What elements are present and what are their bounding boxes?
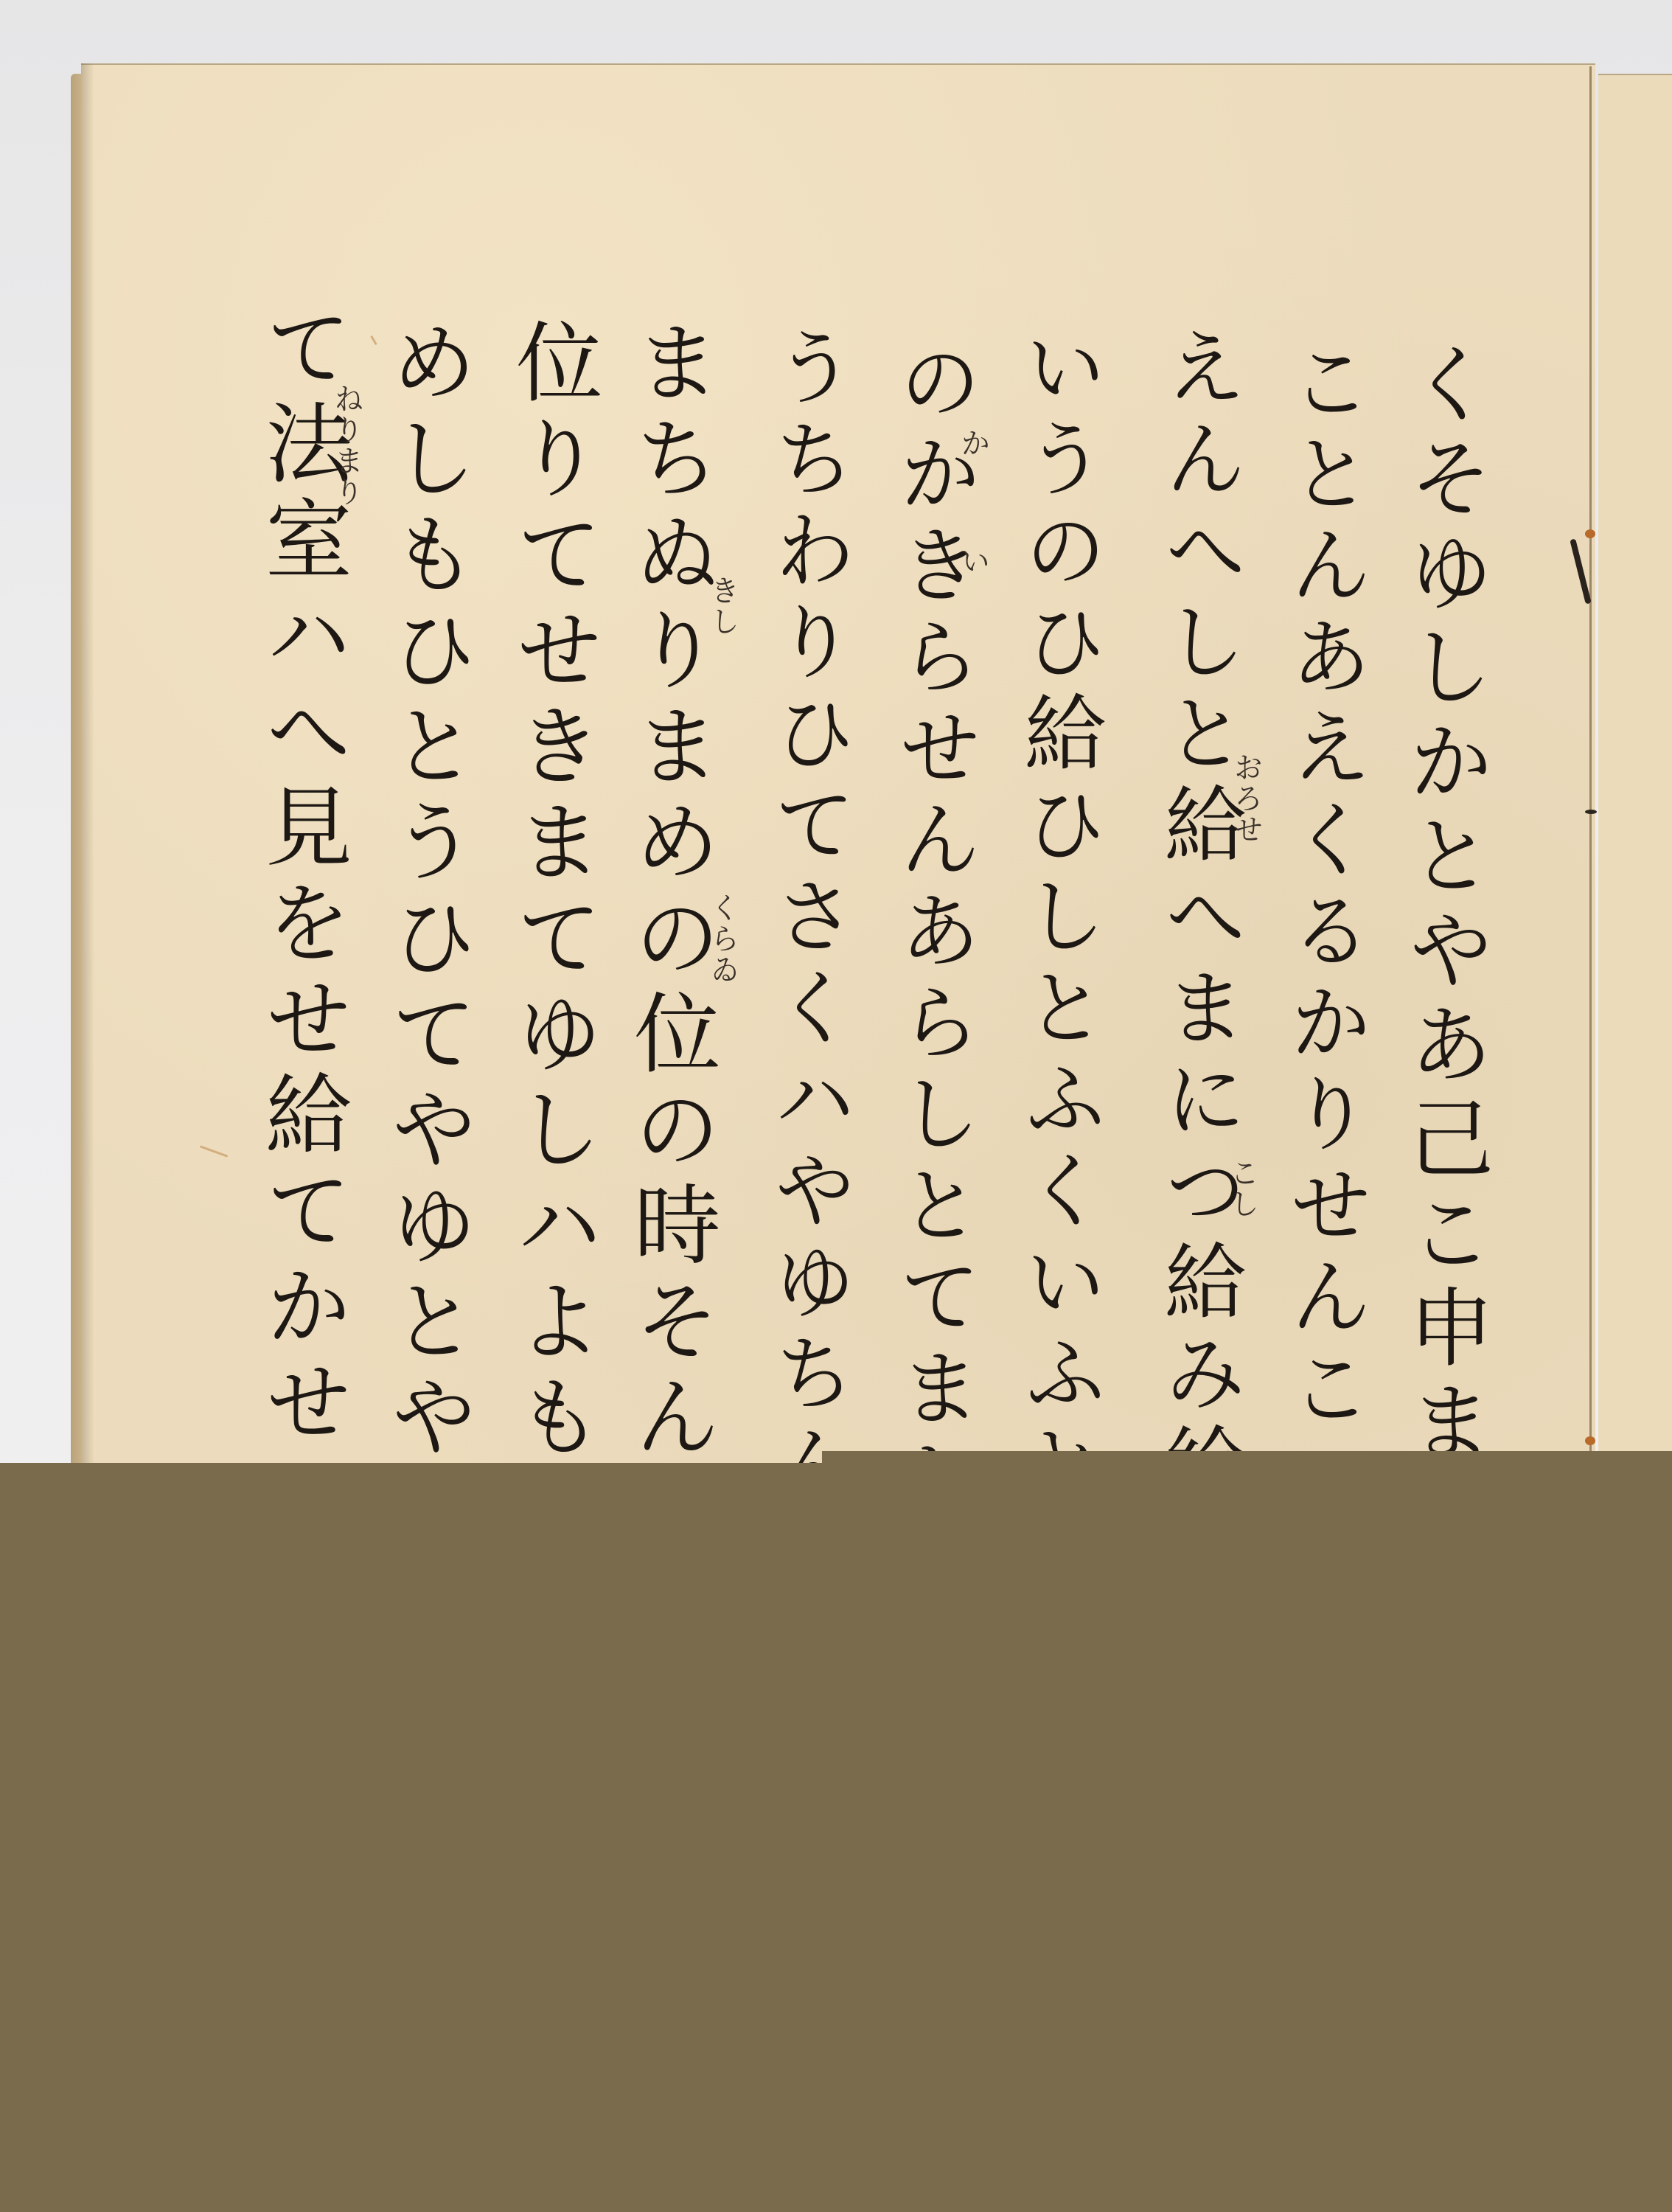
text-column-2: ことんあえくるかりせんこのう (1283, 339, 1365, 1619)
page-edge-shadow (81, 63, 94, 1538)
ruby-annotation: ねりまり (332, 383, 361, 507)
binding-thread-knot (1585, 529, 1595, 538)
ruby-annotation: きし (708, 575, 737, 637)
ruby-annotation: か (958, 428, 988, 459)
ruby-annotation: おろせ (1231, 752, 1261, 845)
masking-overlay-step (822, 1451, 1672, 1466)
ruby-annotation: い (958, 546, 988, 577)
ruby-annotation: くらゐ (708, 892, 737, 985)
masking-overlay (0, 1463, 1672, 2212)
binding-hole (1585, 810, 1597, 814)
facing-page (1598, 74, 1672, 1550)
ruby-annotation: こし (1227, 1158, 1257, 1220)
text-column-7: まちぬりまめの位の時そん年く (627, 317, 714, 1659)
text-column-8: 位りてせきまてゆしハよもと (509, 317, 596, 1563)
binding-gutter-line (1589, 66, 1592, 1453)
binding-thread-knot (1585, 1436, 1595, 1445)
text-column-3: えんへしと給へまにつ給み給ひ (1157, 324, 1240, 1604)
text-column-9: めしもひとうひてやゆとやう (383, 317, 470, 1563)
